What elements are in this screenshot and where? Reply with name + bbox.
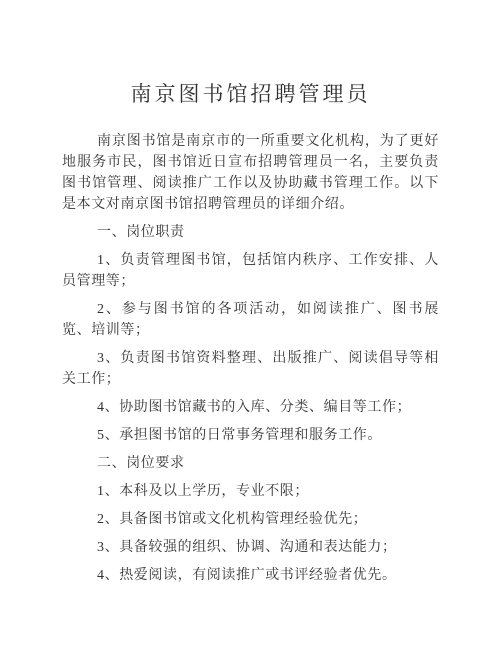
- requirement-item-1: 1、本科及以上学历，专业不限；: [62, 481, 439, 502]
- requirement-item-4: 4、热爱阅读，有阅读推广或书评经验者优先。: [62, 565, 439, 586]
- duty-item-3: 3、负责图书馆资料整理、出版推广、阅读倡导等相关工作；: [62, 348, 439, 390]
- requirement-item-2: 2、具备图书馆或文化机构管理经验优先；: [62, 509, 439, 530]
- duty-item-4: 4、协助图书馆藏书的入库、分类、编目等工作；: [62, 397, 439, 418]
- intro-paragraph: 南京图书馆是南京市的一所重要文化机构，为了更好地服务市民，图书馆近日宣布招聘管理…: [62, 131, 439, 215]
- section-2-heading: 二、岗位要求: [62, 453, 439, 474]
- requirement-item-3: 3、具备较强的组织、协调、沟通和表达能力；: [62, 537, 439, 558]
- document-title: 南京图书馆招聘管理员: [62, 84, 439, 105]
- duty-item-1: 1、负责管理图书馆，包括馆内秩序、工作安排、人员管理等；: [62, 250, 439, 292]
- duty-item-5: 5、承担图书馆的日常事务管理和服务工作。: [62, 425, 439, 446]
- document-page: 南京图书馆招聘管理员 南京图书馆是南京市的一所重要文化机构，为了更好地服务市民，…: [0, 0, 500, 647]
- section-1-heading: 一、岗位职责: [62, 222, 439, 243]
- duty-item-2: 2、参与图书馆的各项活动，如阅读推广、图书展览、培训等；: [62, 299, 439, 341]
